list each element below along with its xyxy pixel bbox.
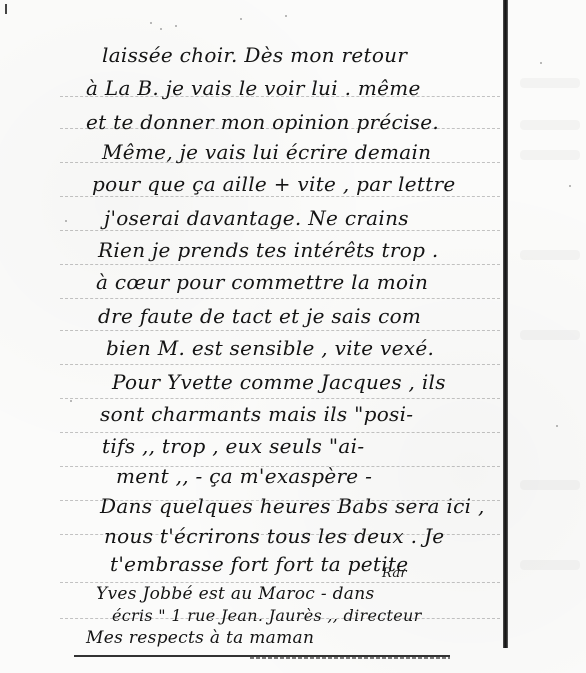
letter-line-13: tifs ,, trop , eux seuls "ai- <box>102 434 364 458</box>
letter-line-4: Même, je vais lui écrire demain <box>102 140 431 164</box>
corner-mark <box>5 4 7 14</box>
letter-line-10: bien M. est sensible , vite vexé. <box>106 336 434 360</box>
bleed-through <box>520 120 580 130</box>
letter-line-2: à La B. je vais le voir lui . même <box>86 76 421 100</box>
ruled-line <box>60 582 500 583</box>
letter-line-20: Mes respects à ta maman <box>86 628 314 648</box>
scan-speck <box>540 62 542 64</box>
letter-line-19: écris " 1 rue Jean. Jaurès ,, directeur <box>112 606 422 625</box>
ruled-line <box>60 432 500 433</box>
ruled-line <box>60 298 500 299</box>
letter-line-18: Yves Jobbé est au Maroc - dans <box>96 584 374 604</box>
letter-line-12: sont charmants mais ils "posi- <box>100 402 413 426</box>
bleed-through <box>520 480 580 490</box>
letter-line-17: t'embrasse fort fort ta petite <box>110 552 408 576</box>
scan-speck <box>150 22 152 24</box>
letter-line-8: à cœur pour commettre la moin <box>96 270 428 294</box>
bleed-through <box>520 250 580 260</box>
letter-line-5: pour que ça aille + vite , par lettre <box>92 172 456 196</box>
scan-speck <box>160 28 162 30</box>
right-margin-line <box>503 0 508 648</box>
letter-line-16: nous t'écrirons tous les deux . Je <box>104 524 444 548</box>
letter-line-6: j'oserai davantage. Ne crains <box>104 206 409 230</box>
bottom-rule-faint <box>250 657 450 659</box>
superscript-annotation: Rar <box>382 566 407 581</box>
ruled-line <box>60 330 500 331</box>
ruled-line <box>60 196 500 197</box>
ruled-line <box>60 264 500 265</box>
bleed-through <box>520 78 580 88</box>
bleed-through <box>520 330 580 340</box>
scan-speck <box>175 25 177 27</box>
scan-speck <box>556 425 558 427</box>
letter-line-1: laissée choir. Dès mon retour <box>102 43 407 67</box>
letter-line-3: et te donner mon opinion précise. <box>86 110 439 134</box>
bleed-through <box>520 150 580 160</box>
scan-speck <box>70 400 72 402</box>
scan-speck <box>240 18 242 20</box>
letter-line-7: Rien je prends tes intérêts trop . <box>98 238 438 262</box>
letter-line-15: Dans quelques heures Babs sera ici , <box>100 494 485 518</box>
scan-speck <box>285 15 287 17</box>
letter-line-14: ment ,, - ça m'exaspère - <box>116 464 372 488</box>
scan-speck <box>569 185 571 187</box>
ruled-line <box>60 398 500 399</box>
letter-line-11: Pour Yvette comme Jacques , ils <box>112 370 446 394</box>
bleed-through <box>520 560 580 570</box>
ruled-line <box>60 230 500 231</box>
scanned-letter-page: laissée choir. Dès mon retour à La B. je… <box>0 0 586 673</box>
ruled-line <box>60 364 500 365</box>
scan-speck <box>65 220 67 222</box>
letter-line-9: dre faute de tact et je sais com <box>98 304 421 328</box>
